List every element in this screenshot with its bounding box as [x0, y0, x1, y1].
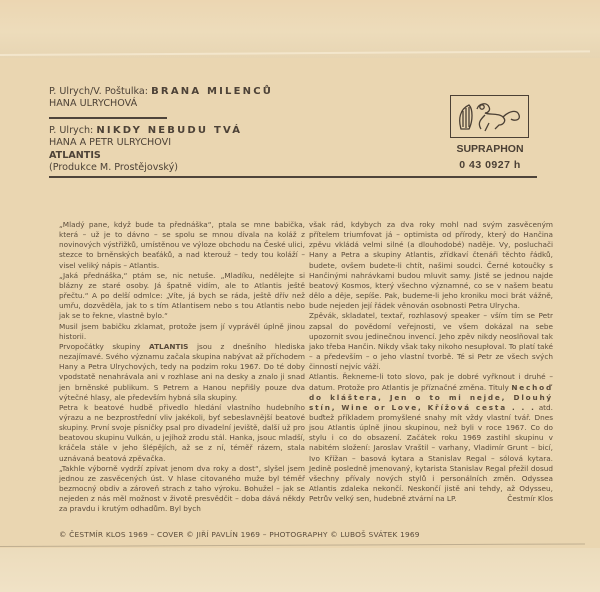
- liner-notes-right-column: však rád, kdybych za dva roky mohl nad s…: [309, 220, 553, 505]
- paragraph: Atlantis. Řekneme-li toto slovo, pak je …: [309, 372, 553, 504]
- track-2-production: (Produkce M. Prostějovský): [49, 162, 409, 174]
- divider-short: [49, 117, 167, 119]
- sleeve-top-flap: [0, 0, 600, 58]
- sleeve-edge-line: [0, 543, 585, 547]
- paragraph: Musil jsem babičku zklamat, protože jsem…: [59, 322, 305, 342]
- track-1-title: BRANA MILENCŮ: [151, 86, 273, 97]
- track-1-credits: P. Ulrych/V. Poštulka:: [49, 86, 148, 97]
- track-2-credits: P. Ulrych:: [49, 125, 93, 136]
- track-2: P. Ulrych: NIKDY NEBUDU TVÁ: [49, 125, 409, 137]
- track-1: P. Ulrych/V. Poštulka: BRANA MILENCŮ: [49, 86, 409, 98]
- copyright-footer: © ČESTMÍR KLOS 1969 – COVER © JIŘÍ PAVLÍ…: [59, 530, 539, 539]
- text: Prvopočátky skupiny: [59, 342, 149, 351]
- liner-notes-left-column: „Mladý pane, když bude ta přednáška“, pt…: [59, 220, 305, 515]
- paragraph: Prvopočátky skupiny ATLANTIS jsou z dneš…: [59, 342, 305, 403]
- supraphon-logo: [450, 95, 529, 138]
- sleeve-bottom-flap: [0, 548, 600, 592]
- label-name: SUPRAPHON: [450, 143, 530, 156]
- tracklist-header: P. Ulrych/V. Poštulka: BRANA MILENCŮ HAN…: [49, 86, 409, 174]
- paragraph: však rád, kdybych za dva roky mohl nad s…: [309, 220, 553, 311]
- paragraph: „Mladý pane, když bude ta přednáška“, pt…: [59, 220, 305, 271]
- paragraph: Petra k beatové hudbě přivedlo hledání v…: [59, 403, 305, 464]
- group-name: ATLANTIS: [149, 342, 188, 351]
- paragraph: „Jaká přednáška,“ ptám se, nic netuše. „…: [59, 271, 305, 322]
- paragraph: Zpěvák, skladatel, textař, rozhlasový sp…: [309, 311, 553, 372]
- paragraph: „Takhle výborně vydrží zpívat jenom dva …: [59, 464, 305, 515]
- divider-long: [49, 176, 537, 178]
- track-1-performer: HANA ULRYCHOVÁ: [49, 98, 409, 110]
- track-2-performer: HANA A PETR ULRYCHOVI: [49, 137, 409, 149]
- track-2-title: NIKDY NEBUDU TVÁ: [96, 125, 242, 136]
- supraphon-lion-lyre-icon: [455, 99, 525, 135]
- track-2-group: ATLANTIS: [49, 150, 409, 162]
- text: atd. buďtež příkladem promyšlené snahy m…: [309, 403, 553, 503]
- catalog-number: 0 43 0927 h: [450, 159, 530, 171]
